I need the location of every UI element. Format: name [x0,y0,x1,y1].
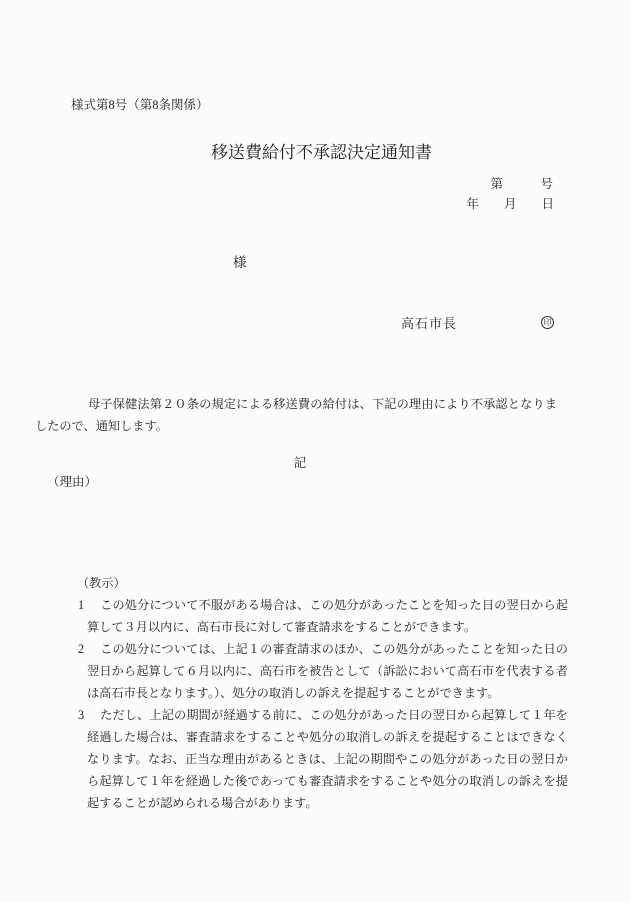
document-title: 移送費給付不承認決定通知書 [211,143,432,163]
document-page: 様式第8号（第8条関係） 移送費給付不承認決定通知書 第 号 年 月 日 様 高… [0,0,630,903]
notification-body: 母子保健法第２０条の規定による移送費の給付は、下記の理由により不承認となりました… [35,393,557,437]
seal-icon: 印 [541,316,554,329]
document-date-line: 年 月 日 [466,197,554,211]
seal-character: 印 [544,319,552,327]
document-number-line: 第 号 [490,177,553,191]
reason-label: （理由） [47,475,97,489]
instruction-item-3: 3ただし、上記の期間が経過する前に、この処分があった日の翌日から起算して１年を経… [78,704,568,814]
instruction-item-1-text: この処分について不服がある場合は、この処分があったことを知った日の翌日から起算し… [87,598,568,634]
instruction-item-3-text: ただし、上記の期間が経過する前に、この処分があった日の翌日から起算して１年を経過… [87,708,568,810]
instructions-label: （教示） [77,572,568,594]
instruction-item-3-number: 3 [78,704,100,726]
instruction-item-1-number: 1 [78,594,100,616]
instruction-item-1: 1この処分について不服がある場合は、この処分があったことを知った日の翌日から起算… [78,594,568,638]
recipient-honorific: 様 [233,255,247,271]
instruction-item-2: 2この処分については、上記１の審査請求のほか、この処分があったことを知った日の翌… [78,638,568,704]
issuer-name: 高石市長 [401,317,457,332]
instruction-item-2-number: 2 [78,638,100,660]
instructions-section: （教示） 1この処分について不服がある場合は、この処分があったことを知った日の翌… [78,572,568,814]
record-marker: 記 [35,456,565,470]
instruction-item-2-text: この処分については、上記１の審査請求のほか、この処分があったことを知った日の翌日… [87,642,568,700]
form-number-note: 様式第8号（第8条関係） [71,98,209,112]
